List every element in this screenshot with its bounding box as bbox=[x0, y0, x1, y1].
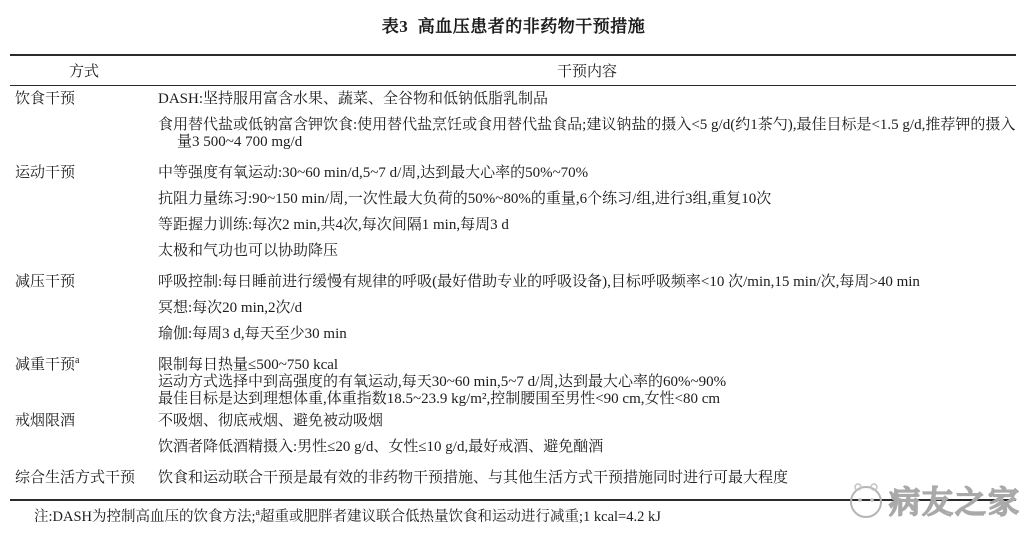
method-cell: 减压干预 bbox=[10, 274, 158, 352]
content-cell: 呼吸控制:每日睡前进行缓慢有规律的呼吸(最好借助专业的呼吸设备),目标呼吸频率<… bbox=[158, 274, 1016, 352]
method-superscript: a bbox=[75, 355, 79, 366]
intervention-item: 抗阻力量练习:90~150 min/周,一次性最大负荷的50%~80%的重量,6… bbox=[158, 191, 1016, 208]
intervention-item: 运动方式选择中到高强度的有氧运动,每天30~60 min,5~7 d/周,达到最… bbox=[158, 374, 1016, 391]
method-cell: 饮食干预 bbox=[10, 91, 158, 160]
intervention-item: 饮酒者降低酒精摄入:男性≤20 g/d、女性≤10 g/d,最好戒酒、避免酗酒 bbox=[158, 439, 1016, 456]
intervention-item: 太极和气功也可以协助降压 bbox=[158, 243, 1016, 260]
table-row: 戒烟限酒不吸烟、彻底戒烟、避免被动吸烟饮酒者降低酒精摄入:男性≤20 g/d、女… bbox=[10, 408, 1016, 465]
intervention-item: 中等强度有氧运动:30~60 min/d,5~7 d/周,达到最大心率的50%~… bbox=[158, 165, 1016, 182]
table-row: 运动干预中等强度有氧运动:30~60 min/d,5~7 d/周,达到最大心率的… bbox=[10, 160, 1016, 269]
intervention-item: 饮食和运动联合干预是最有效的非药物干预措施、与其他生活方式干预措施同时进行可最大… bbox=[158, 470, 1016, 487]
content-cell: 不吸烟、彻底戒烟、避免被动吸烟饮酒者降低酒精摄入:男性≤20 g/d、女性≤10… bbox=[158, 413, 1016, 465]
table-row: 饮食干预DASH:坚持服用富含水果、蔬菜、全谷物和低钠低脂乳制品食用替代盐或低钠… bbox=[10, 86, 1016, 160]
content-cell: 饮食和运动联合干预是最有效的非药物干预措施、与其他生活方式干预措施同时进行可最大… bbox=[158, 470, 1016, 496]
table-row: 综合生活方式干预饮食和运动联合干预是最有效的非药物干预措施、与其他生活方式干预措… bbox=[10, 465, 1016, 496]
column-header-content: 干预内容 bbox=[158, 56, 1016, 85]
column-header-method: 方式 bbox=[10, 56, 158, 85]
interventions-table: 方式 干预内容 饮食干预DASH:坚持服用富含水果、蔬菜、全谷物和低钠低脂乳制品… bbox=[10, 54, 1016, 501]
method-cell: 减重干预a bbox=[10, 357, 158, 408]
content-cell: 中等强度有氧运动:30~60 min/d,5~7 d/周,达到最大心率的50%~… bbox=[158, 165, 1016, 269]
table-header-row: 方式 干预内容 bbox=[10, 54, 1016, 86]
intervention-item: 最佳目标是达到理想体重,体重指数18.5~23.9 kg/m²,控制腰围至男性<… bbox=[158, 391, 1016, 408]
table-row: 减重干预a限制每日热量≤500~750 kcal运动方式选择中到高强度的有氧运动… bbox=[10, 352, 1016, 408]
table-footnote: 注:DASH为控制高血压的饮食方法;a超重或肥胖者建议联合低热量饮食和运动进行减… bbox=[34, 509, 1027, 526]
table-row: 减压干预呼吸控制:每日睡前进行缓慢有规律的呼吸(最好借助专业的呼吸设备),目标呼… bbox=[10, 269, 1016, 352]
intervention-item: 限制每日热量≤500~750 kcal bbox=[158, 357, 1016, 374]
intervention-item: 呼吸控制:每日睡前进行缓慢有规律的呼吸(最好借助专业的呼吸设备),目标呼吸频率<… bbox=[158, 274, 1016, 291]
footnote-suffix: 超重或肥胖者建议联合低热量饮食和运动进行减重;1 kcal=4.2 kJ bbox=[260, 509, 661, 525]
method-cell: 综合生活方式干预 bbox=[10, 470, 158, 496]
table-title: 表3 高血压患者的非药物干预措施 bbox=[0, 0, 1027, 37]
method-cell: 运动干预 bbox=[10, 165, 158, 269]
intervention-item: 瑜伽:每周3 d,每天至少30 min bbox=[158, 326, 1016, 343]
intervention-item: DASH:坚持服用富含水果、蔬菜、全谷物和低钠低脂乳制品 bbox=[158, 91, 1016, 108]
intervention-item: 食用替代盐或低钠富含钾饮食:使用替代盐烹饪或食用替代盐食品;建议钠盐的摄入<5 … bbox=[158, 117, 1016, 151]
content-cell: 限制每日热量≤500~750 kcal运动方式选择中到高强度的有氧运动,每天30… bbox=[158, 357, 1016, 408]
method-cell: 戒烟限酒 bbox=[10, 413, 158, 465]
table-body: 饮食干预DASH:坚持服用富含水果、蔬菜、全谷物和低钠低脂乳制品食用替代盐或低钠… bbox=[10, 86, 1016, 501]
content-cell: DASH:坚持服用富含水果、蔬菜、全谷物和低钠低脂乳制品食用替代盐或低钠富含钾饮… bbox=[158, 91, 1016, 160]
intervention-item: 等距握力训练:每次2 min,共4次,每次间隔1 min,每周3 d bbox=[158, 217, 1016, 234]
intervention-item: 不吸烟、彻底戒烟、避免被动吸烟 bbox=[158, 413, 1016, 430]
page: { "table": { "title": "表3 高血压患者的非药物干预措施"… bbox=[0, 0, 1027, 549]
intervention-item: 冥想:每次20 min,2次/d bbox=[158, 300, 1016, 317]
footnote-prefix: 注:DASH为控制高血压的饮食方法; bbox=[34, 509, 256, 525]
